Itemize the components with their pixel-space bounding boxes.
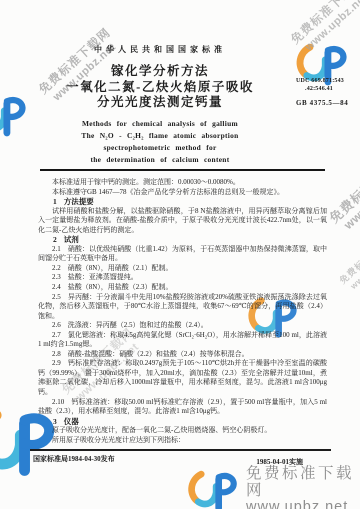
udc-line-1: UDC 669.871:543 [296,78,348,86]
watermark-site-url: www.upbz.net [246,499,360,509]
udc-classification: UDC 669.871:543 .42:546.41 GB 4375.5—84 [296,78,348,108]
national-standard-header: 中华人民共和国国家标准 [0,44,320,55]
section-2-heading: 2试剂 [38,235,327,245]
issued-date: 国家标准局1984-04-30发布 [33,454,115,464]
reagent-item: 2.6 洗涤液：异丙醚（2.5）饱和过的盐酸（2.4）。 [38,321,327,331]
title-line-1: 镓化学分析方法 [20,64,300,80]
english-title-line-2: The N₂O - C₂H₂ flame atomic absorption [20,130,300,142]
english-title-line-4: the determination of calcium content [20,154,300,166]
english-title: Methods for chemical analysis of gallium… [20,118,300,166]
reagent-item: 2.7 氯化锶溶液：称取4.5g高纯氯化锶（SrCl₂·6H₂O），用水溶解并稀… [38,331,327,350]
reagent-item: 2.3 盐酸：亚沸蒸馏提纯。 [38,273,327,283]
section-1-title: 方法提要 [64,197,94,206]
english-title-line-1: Methods for chemical analysis of gallium [20,118,300,130]
watermark-text: 免费标准下载网 www.upbz.net [323,218,360,308]
scope-paragraph: 本标准适用于镓中钙的测定。测定范围：0.00030～0.0080%。 [38,178,327,188]
compliance-paragraph: 本标准遵守GB 1467—78《冶金产品化学分析方法标准的总则及一般规定》。 [38,188,327,198]
section-3-title: 仪器 [64,417,79,426]
footer-divider-rule [30,449,331,451]
document-title: 镓化学分析方法 一氧化二氮-乙炔火焰原子吸收 分光光度法测定钙量 [20,64,300,111]
section-3-number: 3 [53,417,57,426]
reagent-item: 2.5 异丙醚：于分液漏斗中先用10%盐酸羟胺溶液或20%硫酸亚铁溶液振荡洗涤除… [38,293,327,322]
section-1-number: 1 [53,197,57,206]
watermark-brand: 免费标准下载网 www.upbz.net [181,465,360,509]
english-title-line-3: spectrophotometric method for [20,142,300,154]
title-line-2: 一氧化二氮-乙炔火焰原子吸收 [20,80,300,96]
section-1-heading: 1方法提要 [38,197,327,207]
watermark-brand-texts: 免费标准下载网 www.upbz.net [246,465,360,509]
instrument-paragraph: 所用原子吸收分光光度计应达到下列指标： [38,436,327,446]
reagent-item: 2.4 盐酸（8N），用盐酸（2.3）配制。 [38,283,327,293]
title-divider-rule [40,169,325,171]
reagent-item: 2.8 硝酸-盐酸混酸：硝酸（2.2）和盐酸（2.4）按等体积混合。 [38,350,327,360]
standard-number: GB 4375.5—84 [296,100,348,108]
reagent-item: 2.9 钙标准贮存溶液：称取0.2497g预先于105～110℃烘2h并在干燥器… [38,359,327,397]
standard-document-page: 免费标准下载网 www.upbz.net 免费标准下载网 www.upbz.ne… [0,0,360,509]
section-2-number: 2 [53,235,57,244]
watermark-site-url: www.upbz.net [330,226,360,308]
reagent-item: 2.1 硝酸：以优级纯硝酸（比重1.42）为原料，于石英蒸馏器中加热保持微沸蒸馏… [38,245,327,264]
watermark-site-name: 免费标准下载网 [323,218,360,300]
section-3-heading: 3仪器 [38,417,327,427]
up-logo-icon [181,469,241,509]
watermark-site-name: 免费标准下载网 [246,465,360,499]
title-line-3: 分光光度法测定钙量 [20,95,300,111]
udc-line-2: .42:546.41 [296,86,348,94]
section-2-title: 试剂 [64,235,79,244]
instrument-paragraph: 原子吸收分光光度计，配备一氧化二氮-乙炔用燃烧器、钙空心阴极灯。 [38,426,327,436]
section-1-paragraph: 试样用硝酸和盐酸分解，以盐酸驱除硝酸，于8 N盐酸溶液中，用异丙醚萃取分离镓后加… [38,207,327,236]
reagent-item: 2.10 钙标准溶液：移取50.00 ml钙标准贮存溶液（2.9），置于500 … [38,398,327,417]
document-body: 本标准适用于镓中钙的测定。测定范围：0.00030～0.0080%。 本标准遵守… [38,178,327,445]
